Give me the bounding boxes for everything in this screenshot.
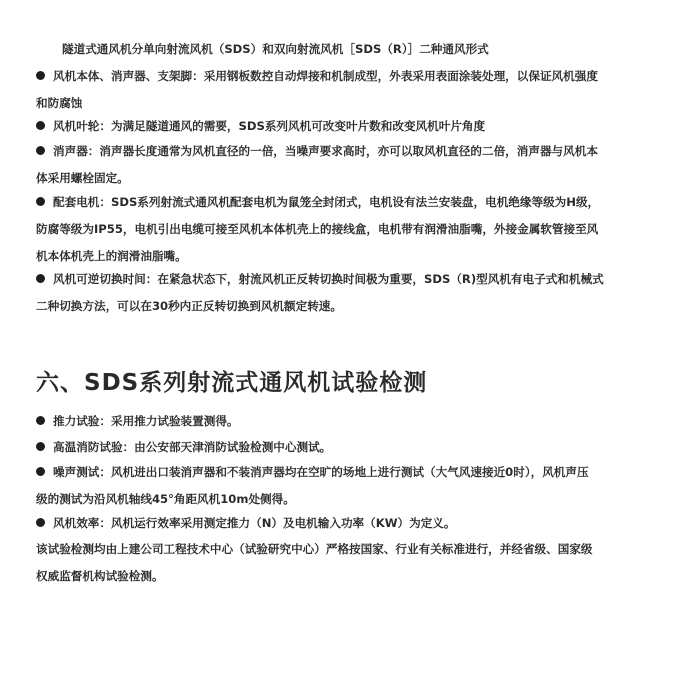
bullet-dot-icon: [36, 121, 45, 130]
bullet-reversing-time: 风机可逆切换时间：在紧急状态下，射流风机正反转切换时间极为重要，SDS（R)型风…: [36, 266, 656, 320]
bullet-dot-icon: [36, 416, 45, 425]
bullet-dot-icon: [36, 197, 45, 206]
bullet-dot-icon: [36, 518, 45, 527]
section6-title: 六、SDS系列射流式通风机试验检测: [36, 364, 427, 397]
bullet-dot-icon: [36, 442, 45, 451]
section5-intro: 隧道式通风机分单向射流风机（SDS）和双向射流风机［SDS（R）］二种通风形式: [62, 36, 489, 63]
bullet-impeller: 风机叶轮：为满足隧道通风的需要，SDS系列风机可改变叶片数和改变风机叶片角度: [36, 113, 656, 140]
bullet-thrust-test: 推力试验：采用推力试验装置测得。: [36, 408, 656, 435]
bullet-dot-icon: [36, 274, 45, 283]
bullet-dot-icon: [36, 146, 45, 155]
bullet-fan-body: 风机本体、消声器、支架脚：采用钢板数控自动焊接和机制成型，外表采用表面涂装处理，…: [36, 63, 656, 117]
bullet-silencer: 消声器：消声器长度通常为风机直径的一倍，当噪声要求高时，亦可以取风机直径的二倍，…: [36, 138, 656, 192]
bullet-motor: 配套电机：SDS系列射流式通风机配套电机为鼠笼全封闭式，电机设有法兰安装盘，电机…: [36, 189, 656, 270]
bullet-fire-test: 高温消防试验：由公安部天津消防试验检测中心测试。: [36, 434, 656, 461]
bullet-dot-icon: [36, 71, 45, 80]
bullet-dot-icon: [36, 467, 45, 476]
bullet-efficiency: 风机效率：风机运行效率采用测定推力（N）及电机输入功率（KW）为定义。: [36, 510, 656, 537]
closing-paragraph: 该试验检测均由上建公司工程技术中心（试验研究中心）严格按国家、行业有关标准进行，…: [36, 536, 656, 590]
bullet-noise-test: 噪声测试：风机进出口装消声器和不装消声器均在空旷的场地上进行测试（大气风速接近0…: [36, 459, 656, 513]
